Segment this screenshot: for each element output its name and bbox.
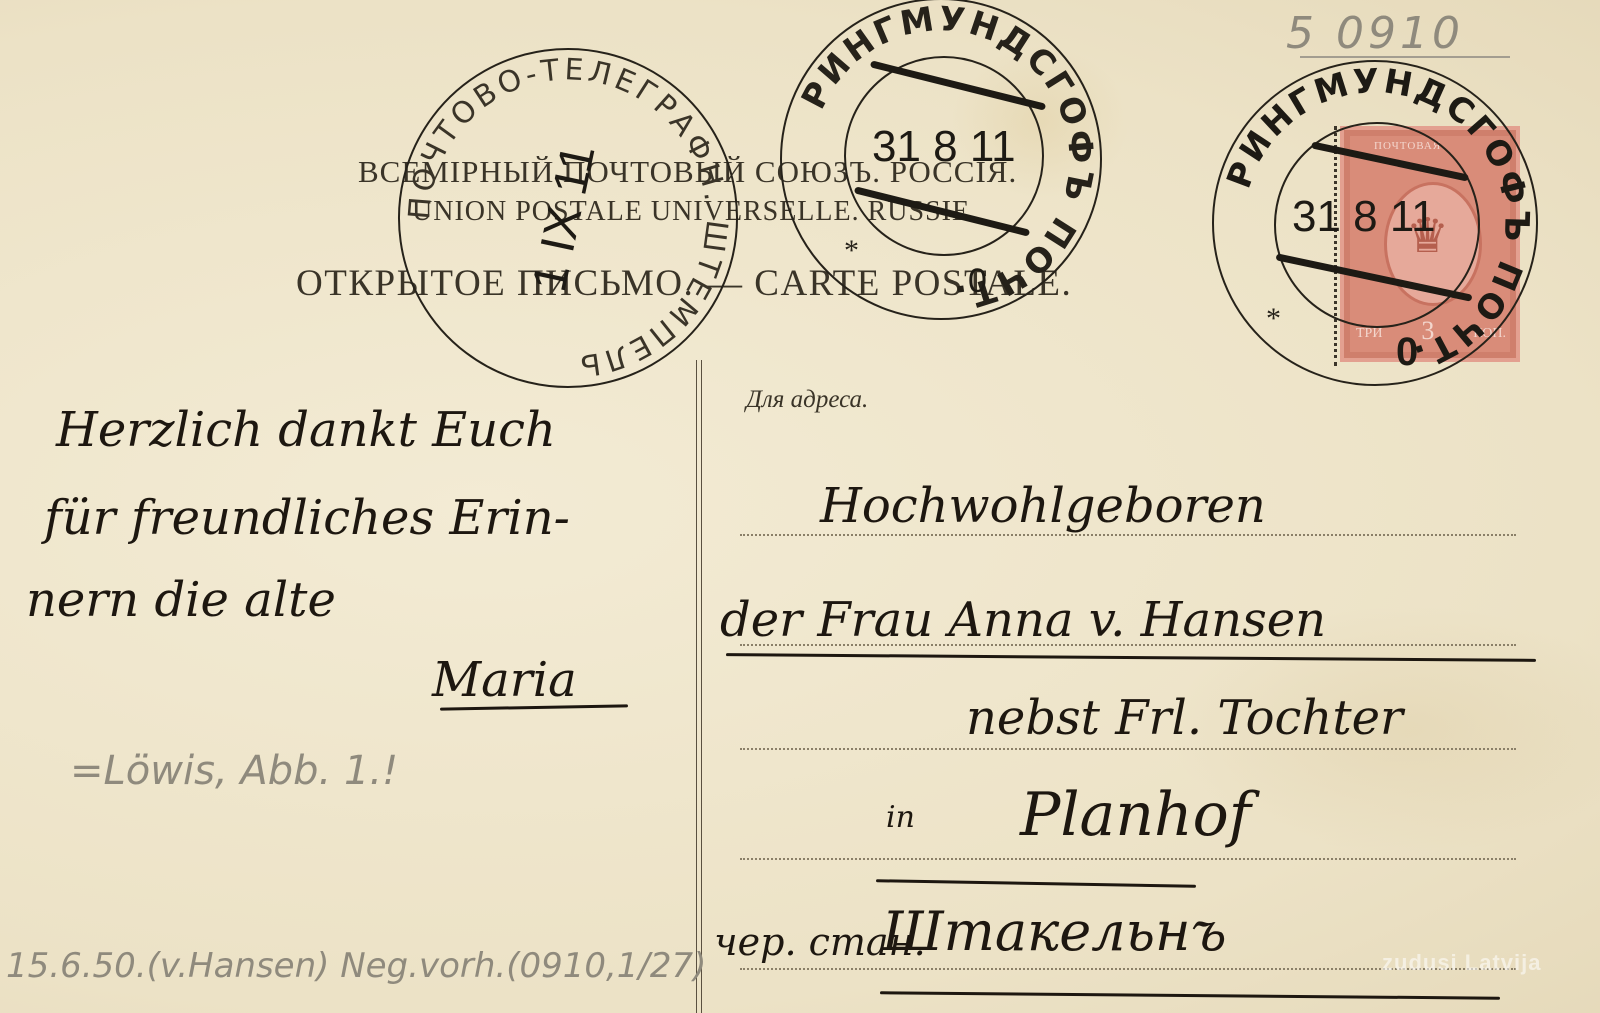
address-underline [876, 879, 1196, 888]
postmark-right: РИНГМУНДСГОФЪ ПОЧТ. 31 8 11 * 0 [1212, 60, 1538, 386]
catalog-underline [1300, 56, 1510, 58]
address-dotted-line [740, 644, 1516, 646]
postmark-date: 31 8 11 [872, 122, 1016, 172]
address-line-3: nebst Frl. Tochter [966, 690, 1403, 746]
address-prefix-in: in [886, 800, 915, 835]
star-icon: * [1266, 302, 1281, 336]
address-dotted-line [740, 858, 1516, 860]
watermark: zudusi Latvija [1382, 950, 1541, 976]
address-line-5: Штакельнъ [882, 900, 1227, 963]
postcard: 5 0910 ВСЕМIРНЫЙ ПОЧТОВЫЙ СОЮЗЪ. РОССIЯ.… [0, 0, 1600, 1013]
catalog-number: 5 0910 [1286, 8, 1464, 59]
postmark-date: 31 8 11 [1292, 192, 1436, 242]
address-underline [880, 991, 1500, 999]
address-label: Для адреса. [746, 386, 868, 414]
star-icon: * [844, 234, 859, 268]
message-line-1: Herzlich dankt Euch [56, 402, 556, 458]
address-line-2: der Frau Anna v. Hansen [720, 592, 1326, 648]
address-line-4: Planhof [1020, 780, 1251, 850]
address-line-1: Hochwohlgeboren [820, 478, 1266, 534]
center-divider [696, 360, 702, 1013]
archive-note-loewis: =Löwis, Abb. 1.! [70, 748, 398, 794]
archive-note-hansen: 15.6.50.(v.Hansen) Neg.vorh.(0910,1/27) [6, 946, 706, 986]
address-dotted-line [740, 534, 1516, 536]
address-underline [726, 653, 1536, 662]
address-dotted-line [740, 748, 1516, 750]
signature: Maria [432, 652, 577, 708]
message-line-2: für freundliches Erin- [44, 490, 570, 546]
postmark-left: ПОЧТОВО-ТЕЛЕГРАФН. ШТЕМПЕЛЬ 1 IX 11 [376, 26, 760, 410]
message-line-3: nern die alte [26, 572, 336, 628]
postmark-middle: РИНГМУНДСГОФЪ ПОЧТ. 31 8 11 * 0 [780, 0, 1102, 320]
